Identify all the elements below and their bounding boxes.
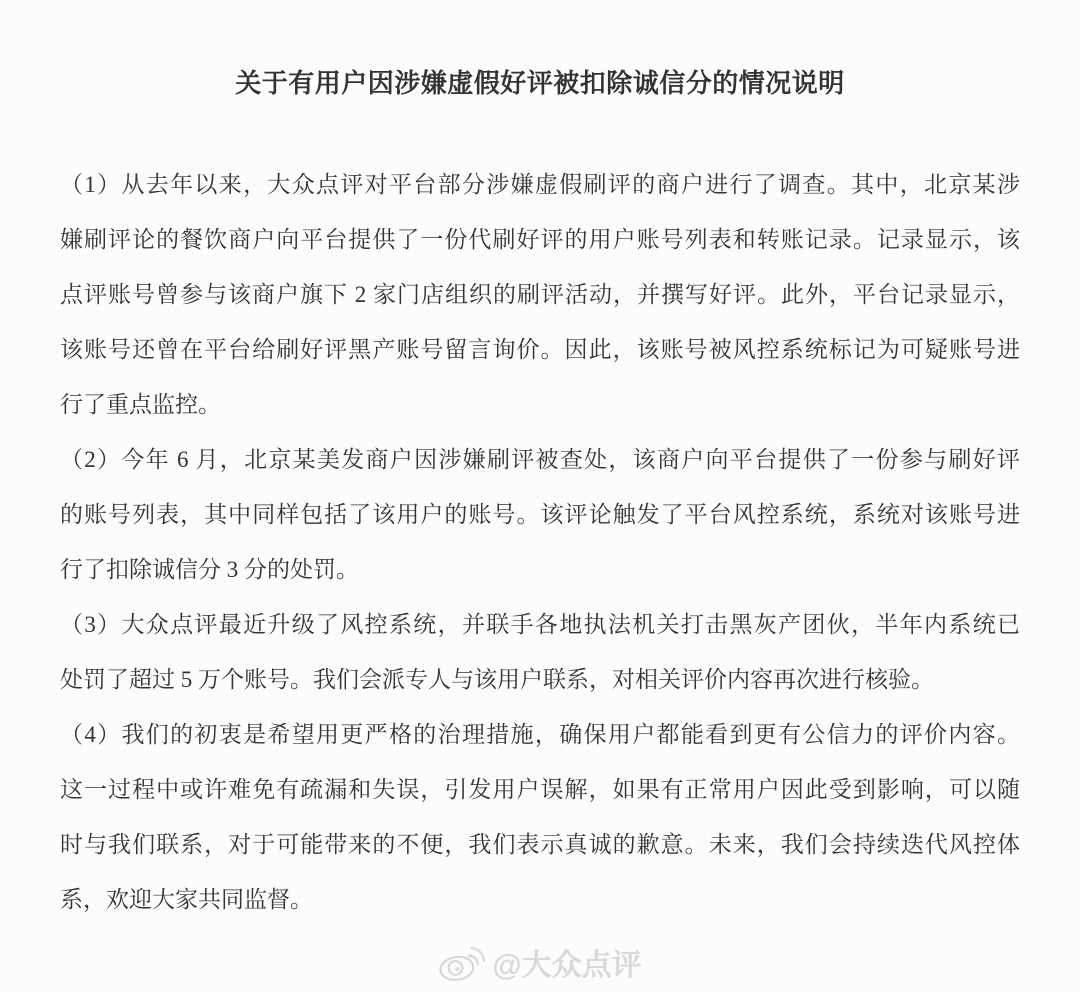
weibo-icon bbox=[438, 941, 486, 983]
text-line: 系，欢迎大家共同监督。 bbox=[60, 872, 1020, 927]
text-line: 这一过程中或许难免有疏漏和失误，引发用户误解，如果有正常用户因此受到影响，可以随 bbox=[60, 762, 1020, 817]
text-line: 嫌刷评论的餐饮商户向平台提供了一份代刷好评的用户账号列表和转账记录。记录显示，该 bbox=[60, 212, 1020, 267]
text-line: 行了重点监控。 bbox=[60, 377, 1020, 432]
text-line: 该账号还曾在平台给刷好评黑产账号留言询价。因此，该账号被风控系统标记为可疑账号进 bbox=[60, 322, 1020, 377]
text-line: 处罚了超过 5 万个账号。我们会派专人与该用户联系，对相关评价内容再次进行核验。 bbox=[60, 652, 1020, 707]
text-line: 时与我们联系，对于可能带来的不便，我们表示真诚的歉意。未来，我们会持续迭代风控体 bbox=[60, 817, 1020, 872]
text-line: （2）今年 6 月，北京某美发商户因涉嫌刷评被查处，该商户向平台提供了一份参与刷… bbox=[60, 432, 1020, 487]
text-line: 的账号列表，其中同样包括了该用户的账号。该评论触发了平台风控系统，系统对该账号进 bbox=[60, 487, 1020, 542]
text-line: （4）我们的初衷是希望用更严格的治理措施，确保用户都能看到更有公信力的评价内容。 bbox=[60, 707, 1020, 762]
watermark: @大众点评 bbox=[438, 940, 641, 984]
document-title: 关于有用户因涉嫌虚假好评被扣除诚信分的情况说明 bbox=[60, 68, 1020, 99]
document-page: 关于有用户因涉嫌虚假好评被扣除诚信分的情况说明 （1）从去年以来，大众点评对平台… bbox=[0, 0, 1080, 992]
text-line: 行了扣除诚信分 3 分的处罚。 bbox=[60, 542, 1020, 597]
text-line: （3）大众点评最近升级了风控系统，并联手各地执法机关打击黑灰产团伙，半年内系统已 bbox=[60, 597, 1020, 652]
watermark-handle: @大众点评 bbox=[492, 940, 641, 984]
document-body: （1）从去年以来，大众点评对平台部分涉嫌虚假刷评的商户进行了调查。其中，北京某涉… bbox=[60, 157, 1020, 927]
text-line: 点评账号曾参与该商户旗下 2 家门店组织的刷评活动，并撰写好评。此外，平台记录显… bbox=[60, 267, 1020, 322]
text-line: （1）从去年以来，大众点评对平台部分涉嫌虚假刷评的商户进行了调查。其中，北京某涉 bbox=[60, 157, 1020, 212]
